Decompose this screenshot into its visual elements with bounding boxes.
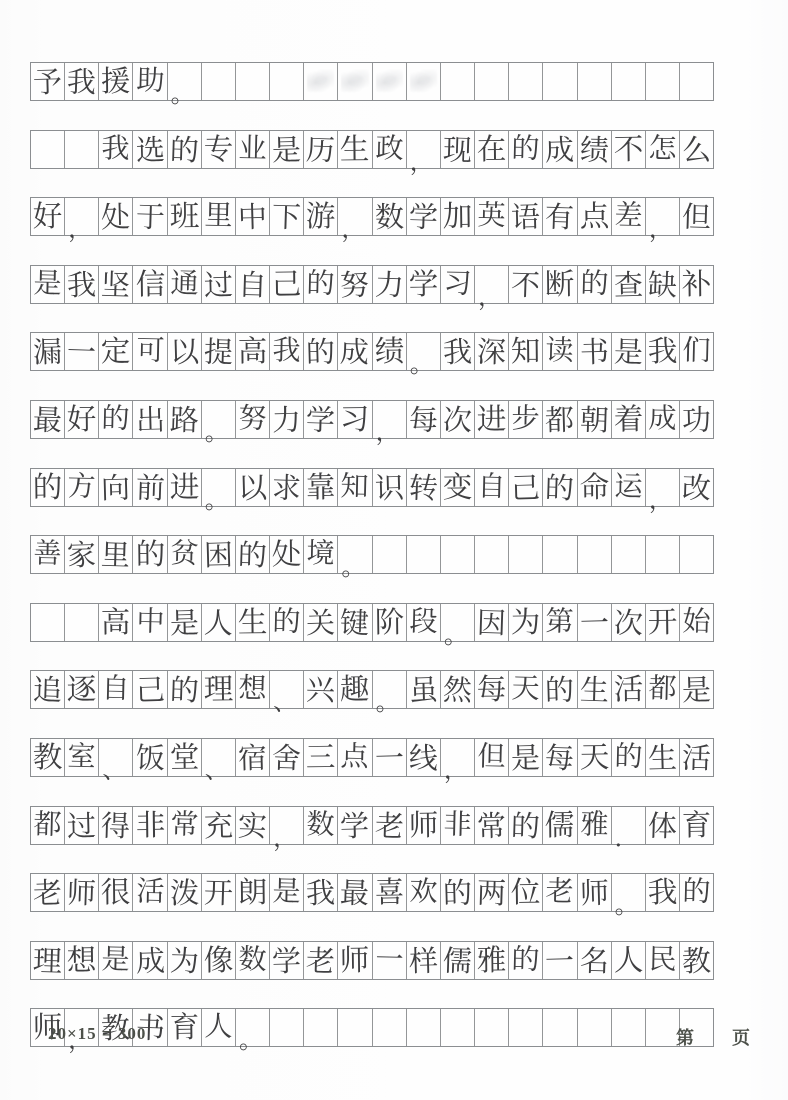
char-cell: 坚: [99, 266, 133, 303]
handwritten-char: 。: [341, 555, 365, 579]
handwritten-char: 习: [340, 400, 370, 438]
handwritten-char: 逐: [67, 671, 97, 709]
handwritten-char: 人: [613, 941, 643, 979]
handwritten-char: 运: [614, 468, 643, 505]
handwritten-char: 。: [615, 893, 639, 917]
char-cell: [373, 536, 407, 573]
char-cell: 最: [338, 874, 372, 911]
char-cell: 活: [680, 739, 713, 776]
handwritten-char: ，: [376, 420, 400, 444]
char-cell: 但: [475, 739, 509, 776]
handwritten-char: 为: [511, 603, 541, 641]
char-cell: 的: [543, 671, 577, 708]
handwritten-char: 虽: [408, 672, 438, 710]
page-label-prefix: 第: [676, 1028, 694, 1048]
handwritten-char: 专: [203, 130, 233, 168]
handwritten-char: 自: [477, 468, 506, 505]
char-cell: 是: [680, 671, 713, 708]
handwritten-char: 力: [272, 402, 302, 440]
char-cell: 高: [99, 604, 133, 641]
char-cell: 师: [338, 942, 372, 979]
handwritten-char: 转: [408, 469, 438, 507]
handwritten-char: 雅: [477, 941, 507, 979]
char-cell: [543, 63, 577, 100]
handwritten-char: 是: [272, 131, 302, 169]
char-cell: 为: [509, 604, 543, 641]
char-cell: 的: [133, 536, 167, 573]
char-cell: ，: [338, 198, 372, 235]
char-cell: 深: [475, 333, 509, 370]
char-cell: 境: [304, 536, 338, 573]
char-cell: 饭: [133, 739, 167, 776]
handwritten-char: 处: [101, 199, 131, 237]
handwritten-char: 的: [135, 536, 165, 574]
char-cell: [646, 536, 680, 573]
char-cell: [65, 604, 99, 641]
char-cell: 一: [373, 942, 407, 979]
handwritten-char: 一: [545, 942, 575, 980]
handwritten-char: 但: [681, 199, 711, 237]
handwritten-char: 是: [511, 740, 541, 778]
char-cell: 老: [304, 942, 338, 979]
char-cell: 儒: [543, 807, 577, 844]
handwritten-char: 都: [648, 671, 677, 708]
handwritten-char: 最: [340, 875, 370, 913]
handwritten-char: 们: [682, 333, 711, 370]
grid-row: 高中是人生的关键阶段。因为第一次开始: [30, 603, 714, 642]
handwritten-char: 天: [511, 671, 540, 708]
handwritten-char: 老: [545, 873, 574, 910]
char-cell: [270, 63, 304, 100]
char-cell: 舍: [270, 739, 304, 776]
handwritten-char: 的: [101, 400, 130, 437]
char-cell: 己: [509, 469, 543, 506]
char-cell: 生: [578, 671, 612, 708]
handwritten-char: ，: [410, 150, 434, 174]
handwritten-char: 样: [408, 942, 438, 980]
grid-row: 是我坚信通过自己的努力学习，不断的查缺补: [30, 265, 714, 304]
handwritten-char: 师: [340, 941, 370, 979]
char-cell: 的: [236, 536, 270, 573]
handwritten-char: 成: [545, 131, 575, 169]
char-cell: 我: [270, 333, 304, 370]
char-cell: 、: [270, 671, 304, 708]
char-cell: 学: [407, 198, 441, 235]
char-cell: 书: [578, 333, 612, 370]
handwritten-char: 教: [682, 942, 712, 980]
handwritten-char: 朗: [237, 874, 267, 912]
char-cell: [65, 131, 99, 168]
handwritten-char: 求: [272, 469, 302, 507]
char-cell: 阶: [373, 604, 407, 641]
handwritten-char: 是: [613, 334, 643, 372]
char-cell: 段: [407, 604, 441, 641]
char-cell: 键: [338, 604, 372, 641]
char-cell: 以: [168, 333, 202, 370]
handwritten-char: 的: [511, 130, 540, 167]
char-cell: 都: [543, 401, 577, 438]
handwritten-char: 进: [169, 468, 199, 506]
char-cell: 自: [475, 469, 509, 506]
handwritten-char: 是: [272, 873, 301, 910]
char-cell: 师: [578, 874, 612, 911]
char-cell: 师: [407, 807, 441, 844]
handwritten-char: 方: [67, 468, 96, 505]
char-cell: 路: [168, 401, 202, 438]
char-cell: 我: [65, 63, 99, 100]
char-cell: 援: [99, 63, 133, 100]
char-cell: ，: [270, 807, 304, 844]
char-cell: 。: [202, 469, 236, 506]
char-cell: 两: [475, 874, 509, 911]
handwritten-char: 提: [203, 334, 233, 372]
char-cell: 师: [65, 874, 99, 911]
handwritten-char: 习: [443, 265, 472, 302]
handwritten-char: 师: [408, 806, 438, 844]
char-cell: 好: [65, 401, 99, 438]
char-cell: 点: [578, 198, 612, 235]
handwritten-char: 很: [101, 874, 131, 912]
handwritten-char: 。: [171, 82, 195, 106]
char-cell: [578, 63, 612, 100]
char-cell: 的: [270, 604, 304, 641]
handwritten-char: 为: [169, 942, 199, 980]
char-cell: 老: [373, 807, 407, 844]
char-cell: 育: [680, 807, 713, 844]
handwritten-char: 生: [237, 603, 267, 641]
char-cell: 断: [543, 266, 577, 303]
char-cell: 活: [612, 671, 646, 708]
char-cell: 下: [270, 198, 304, 235]
char-cell: 理: [202, 671, 236, 708]
char-cell: 朗: [236, 874, 270, 911]
handwritten-char: 段: [409, 603, 438, 640]
char-cell: 努: [338, 266, 372, 303]
handwritten-char: ，: [68, 217, 92, 241]
handwritten-char: 里: [204, 197, 233, 234]
handwritten-char: 一: [374, 740, 404, 778]
handwritten-char: 体: [647, 807, 677, 845]
char-cell: 于: [133, 198, 167, 235]
char-cell: [304, 63, 338, 100]
handwritten-char: 里: [101, 537, 131, 575]
handwritten-char: 的: [545, 672, 575, 710]
handwritten-char: 学: [340, 807, 370, 845]
manuscript-grid: 予我援助。我选的专业是历生政，现在的成绩不怎么好，处于班里中下游，数学加英语有点…: [30, 62, 714, 1076]
handwritten-char: 漏: [33, 334, 63, 372]
char-cell: 因: [475, 604, 509, 641]
handwritten-char: 不: [511, 266, 541, 304]
composition-sheet: 予我援助。我选的专业是历生政，现在的成绩不怎么好，处于班里中下游，数学加英语有点…: [0, 0, 788, 1100]
handwritten-char: 学: [306, 402, 336, 440]
char-cell: 想: [65, 942, 99, 979]
char-cell: 体: [646, 807, 680, 844]
char-cell: 靠: [304, 469, 338, 506]
handwritten-char: ，: [478, 285, 502, 309]
handwritten-char: 的: [580, 265, 609, 302]
handwritten-char: 室: [67, 738, 96, 775]
handwritten-char: 处: [272, 536, 302, 574]
handwritten-char: 。: [376, 690, 400, 714]
char-cell: 业: [236, 131, 270, 168]
handwritten-char: 位: [511, 874, 541, 912]
char-cell: 方: [65, 469, 99, 506]
handwritten-char: 定: [101, 333, 131, 371]
handwritten-char: 好: [33, 198, 63, 236]
char-cell: 进: [168, 469, 202, 506]
handwritten-char: 追: [32, 672, 62, 710]
char-cell: 里: [99, 536, 133, 573]
grid-row: 老师很活泼开朗是我最喜欢的两位老师。我的: [30, 873, 714, 912]
char-cell: 的: [509, 942, 543, 979]
handwritten-char: 阶: [374, 603, 404, 641]
handwritten-char: 绩: [374, 333, 404, 371]
char-cell: 追: [31, 671, 65, 708]
char-cell: [407, 63, 441, 100]
handwritten-char: 兴: [306, 672, 336, 710]
char-cell: 像: [202, 942, 236, 979]
char-cell: 但: [680, 198, 713, 235]
grid-row: 漏一定可以提高我的成绩。我深知读书是我们: [30, 332, 714, 371]
handwritten-char: 每: [408, 402, 438, 440]
char-cell: 非: [441, 807, 475, 844]
handwritten-char: 过: [203, 266, 233, 304]
char-cell: 为: [168, 942, 202, 979]
handwritten-char: 语: [511, 199, 541, 237]
char-cell: 己: [133, 671, 167, 708]
char-cell: [612, 63, 646, 100]
char-cell: 班: [168, 198, 202, 235]
char-cell: 着: [612, 401, 646, 438]
handwritten-char: 步: [511, 400, 540, 437]
char-cell: 位: [509, 874, 543, 911]
char-cell: 充: [202, 807, 236, 844]
handwritten-char: 前: [135, 469, 165, 507]
char-cell: [475, 63, 509, 100]
char-cell: 教: [31, 739, 65, 776]
handwritten-char: 己: [511, 469, 541, 507]
handwritten-char: 成: [648, 400, 677, 437]
handwritten-char: 己: [272, 265, 302, 303]
handwritten-char: 绩: [579, 131, 609, 169]
char-cell: 第: [543, 604, 577, 641]
char-cell: 兴: [304, 671, 338, 708]
handwritten-char: 补: [682, 265, 712, 303]
char-cell: 都: [31, 807, 65, 844]
char-cell: 、: [99, 739, 133, 776]
grid-row: 的方向前进。以求靠知识转变自己的命运，改: [30, 468, 714, 507]
char-cell: 开: [646, 604, 680, 641]
char-cell: 。: [612, 874, 646, 911]
char-cell: [680, 63, 713, 100]
handwritten-char: 书: [579, 334, 609, 372]
char-cell: 我: [646, 874, 680, 911]
char-cell: 。: [168, 63, 202, 100]
handwritten-char: 中: [136, 603, 165, 640]
handwritten-char: 一: [375, 941, 404, 978]
char-cell: 关: [304, 604, 338, 641]
char-cell: 生: [646, 739, 680, 776]
handwritten-char: 学: [272, 942, 302, 980]
char-cell: 善: [31, 536, 65, 573]
handwritten-char: 高: [101, 603, 131, 641]
grid-row: 善家里的贫困的处境。: [30, 535, 714, 574]
handwritten-char: 援: [101, 62, 131, 100]
char-cell: 处: [99, 198, 133, 235]
char-cell: 堂: [168, 739, 202, 776]
handwritten-char: 老: [306, 942, 336, 980]
handwritten-char: 业: [238, 130, 267, 167]
handwritten-char: 变: [442, 468, 472, 506]
char-cell: 最: [31, 401, 65, 438]
char-cell: 里: [202, 198, 236, 235]
handwritten-char: 境: [306, 535, 335, 572]
char-cell: 欢: [407, 874, 441, 911]
handwritten-char: 、: [273, 690, 297, 714]
char-cell: 通: [168, 266, 202, 303]
char-cell: 我: [65, 266, 99, 303]
handwritten-char: 我: [101, 130, 130, 167]
char-cell: 查: [612, 266, 646, 303]
char-cell: 的: [509, 807, 543, 844]
handwritten-char: 困: [203, 537, 233, 575]
char-cell: [578, 536, 612, 573]
char-cell: 老: [543, 874, 577, 911]
char-cell: 习: [338, 401, 372, 438]
char-cell: 人: [612, 942, 646, 979]
char-cell: ，: [65, 198, 99, 235]
handwritten-char: 饭: [135, 739, 165, 777]
handwritten-char: 点: [579, 198, 609, 236]
char-cell: 命: [578, 469, 612, 506]
char-cell: 人: [202, 604, 236, 641]
handwritten-char: 堂: [169, 738, 199, 776]
char-cell: 逐: [65, 671, 99, 708]
sheet-footer: 20×15 = 300 第页: [0, 1024, 788, 1054]
char-cell: 家: [65, 536, 99, 573]
handwritten-char: 以: [238, 469, 268, 507]
handwritten-char: 中: [238, 199, 268, 237]
handwritten-char: 缺: [647, 266, 677, 304]
char-cell: 转: [407, 469, 441, 506]
char-cell: 生: [338, 131, 372, 168]
handwritten-char: 想: [67, 941, 97, 979]
handwritten-char: ，: [649, 217, 673, 241]
handwritten-char: 天: [579, 738, 609, 776]
char-cell: 一: [543, 942, 577, 979]
char-cell: 的: [99, 401, 133, 438]
handwritten-char: 都: [33, 806, 62, 843]
handwritten-char: 宿: [238, 740, 268, 778]
char-cell: 以: [236, 469, 270, 506]
handwritten-char: 充: [203, 807, 233, 845]
handwritten-char: 读: [545, 333, 574, 370]
handwritten-char: 己: [135, 672, 165, 710]
handwritten-char: 线: [408, 739, 438, 777]
char-cell: 每: [475, 671, 509, 708]
handwritten-char: 学: [408, 199, 438, 237]
handwritten-char: 师: [67, 875, 97, 913]
char-cell: 力: [373, 266, 407, 303]
handwritten-char: 键: [340, 604, 370, 642]
handwritten-char: 现: [442, 131, 472, 169]
handwritten-char: 贫: [170, 535, 199, 572]
char-cell: 点: [338, 739, 372, 776]
char-cell: 贫: [168, 536, 202, 573]
char-cell: 处: [270, 536, 304, 573]
char-cell: 的: [31, 469, 65, 506]
char-cell: 的: [304, 266, 338, 303]
handwritten-char: 得: [101, 807, 131, 845]
char-cell: 很: [99, 874, 133, 911]
char-cell: 。: [202, 401, 236, 438]
grid-row: 追逐自己的理想、兴趣。虽然每天的生活都是: [30, 670, 714, 709]
char-cell: 。: [441, 604, 475, 641]
char-cell: 得: [99, 807, 133, 844]
char-cell: [202, 63, 236, 100]
handwritten-char: 数: [374, 199, 404, 237]
char-cell: 助: [133, 63, 167, 100]
handwritten-char: 的: [682, 873, 711, 910]
handwritten-char: 我: [67, 64, 97, 102]
handwritten-char: 儒: [442, 942, 472, 980]
char-cell: 趣: [338, 671, 372, 708]
char-cell: 虽: [407, 671, 441, 708]
char-cell: 朝: [578, 401, 612, 438]
char-cell: 泼: [168, 874, 202, 911]
handwritten-char: 我: [442, 334, 472, 372]
char-cell: 政: [373, 131, 407, 168]
handwritten-char: 改: [681, 469, 711, 507]
char-cell: 我: [99, 131, 133, 168]
char-cell: 雅: [578, 807, 612, 844]
char-cell: 是: [612, 333, 646, 370]
grid-row: 教室、饭堂、宿舍三点一线，但是每天的生活: [30, 738, 714, 777]
handwritten-char: 信: [135, 265, 165, 303]
handwritten-char: 每: [477, 671, 507, 709]
char-cell: 。: [407, 333, 441, 370]
char-cell: 改: [680, 469, 713, 506]
char-cell: 实: [236, 807, 270, 844]
handwritten-char: 着: [613, 400, 643, 438]
handwritten-char: 我: [306, 875, 336, 913]
handwritten-char: 游: [306, 198, 336, 236]
handwritten-char: 是: [169, 604, 199, 642]
handwritten-char: 儒: [545, 806, 575, 844]
handwritten-char: ，: [273, 826, 297, 850]
handwritten-char: 选: [135, 131, 165, 169]
char-cell: 的: [509, 131, 543, 168]
handwritten-char: 生: [579, 672, 609, 710]
char-cell: 专: [202, 131, 236, 168]
handwritten-char: 政: [375, 130, 404, 167]
grid-row: 好，处于班里中下游，数学加英语有点差，但: [30, 197, 714, 236]
handwritten-char: 的: [511, 941, 540, 978]
char-cell: 的: [304, 333, 338, 370]
handwritten-char: ，: [444, 758, 468, 782]
handwritten-char: 一: [579, 604, 609, 642]
char-cell: ．: [612, 807, 646, 844]
handwritten-char: 老: [374, 807, 404, 845]
handwritten-char: 是: [101, 941, 130, 978]
char-cell: 我: [441, 333, 475, 370]
char-cell: [31, 131, 65, 168]
handwritten-char: 识: [374, 469, 404, 507]
handwritten-char: 朝: [579, 402, 609, 440]
grid-capacity-note: 20×15 = 300: [48, 1024, 146, 1044]
handwritten-char: 功: [682, 402, 712, 440]
char-cell: 知: [509, 333, 543, 370]
